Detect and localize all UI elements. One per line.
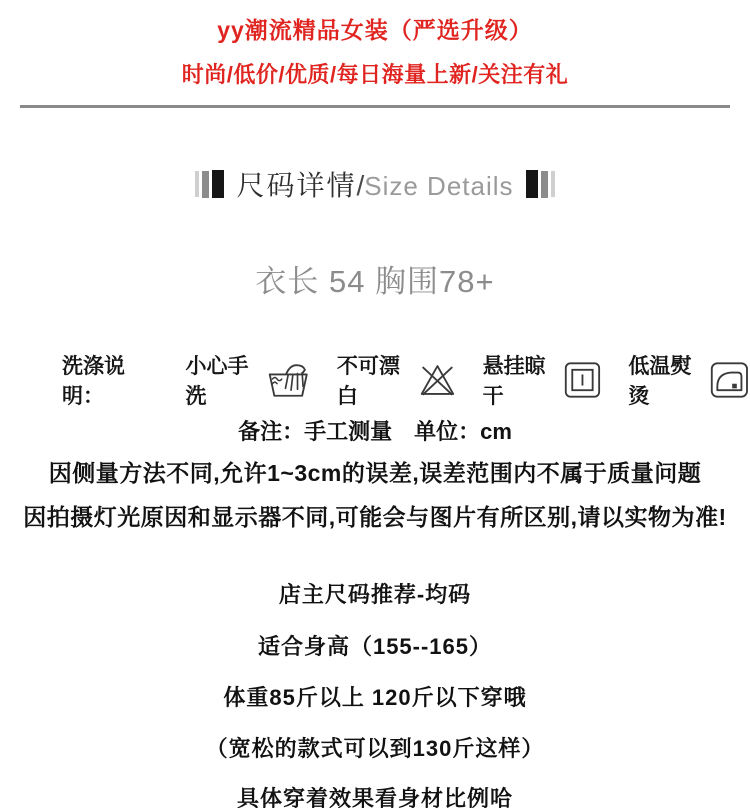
size-details-title: 尺码详情/Size Details [0, 164, 750, 204]
header-divider [20, 105, 730, 108]
note-tolerance: 因侧量方法不同,允许1~3cm的误差,误差范围内不属于质量问题 [0, 455, 750, 488]
recommend-body-shape: 具体穿着效果看身材比例哈 [0, 782, 750, 808]
title-text: 尺码详情/Size Details [236, 164, 513, 204]
washing-instructions-label: 洗涤说明： [62, 350, 159, 410]
garment-measurements: 衣长 54 胸围78+ [0, 256, 750, 301]
washing-instructions-row: 洗涤说明： 小心手洗 不可漂白 悬挂晾干 [0, 357, 750, 403]
title-right-bars-decoration [526, 170, 555, 198]
note-color-difference: 因拍摄灯光原因和显示器不同,可能会与图片有所区别,请以实物为准! [0, 499, 750, 532]
iron-low-temp-icon [709, 359, 750, 401]
recommend-loose-fit: （宽松的款式可以到130斤这样） [0, 732, 750, 763]
recommend-weight: 体重85斤以上 120斤以下穿哦 [0, 681, 750, 712]
product-size-detail-page: yy潮流精品女装（严选升级） 时尚/低价/优质/每日海量上新/关注有礼 尺码详情… [0, 0, 750, 808]
recommend-size: 店主尺码推荐-均码 [0, 578, 750, 609]
title-left-bars-decoration [195, 170, 224, 198]
wash-item-no-bleach: 不可漂白 [337, 350, 457, 410]
store-promo-header: yy潮流精品女装（严选升级） 时尚/低价/优质/每日海量上新/关注有礼 [0, 0, 750, 90]
wash-item-iron-low-temp: 低温熨烫 [628, 350, 750, 410]
title-text-en: Size Details [364, 171, 513, 201]
hang-dry-icon [563, 359, 602, 401]
note-measure-method: 备注：手工测量 单位：cm [0, 415, 750, 446]
title-text-cn: 尺码详情 [236, 170, 356, 201]
store-slogan: 时尚/低价/优质/每日海量上新/关注有礼 [0, 60, 750, 90]
no-bleach-icon [418, 360, 457, 400]
wash-item-hand-wash: 小心手洗 [185, 350, 310, 410]
recommend-height: 适合身高（155--165） [0, 630, 750, 661]
wash-item-hang-dry: 悬挂晾干 [483, 350, 603, 410]
store-name-banner: yy潮流精品女装（严选升级） [0, 15, 750, 45]
hand-wash-icon [266, 359, 310, 401]
